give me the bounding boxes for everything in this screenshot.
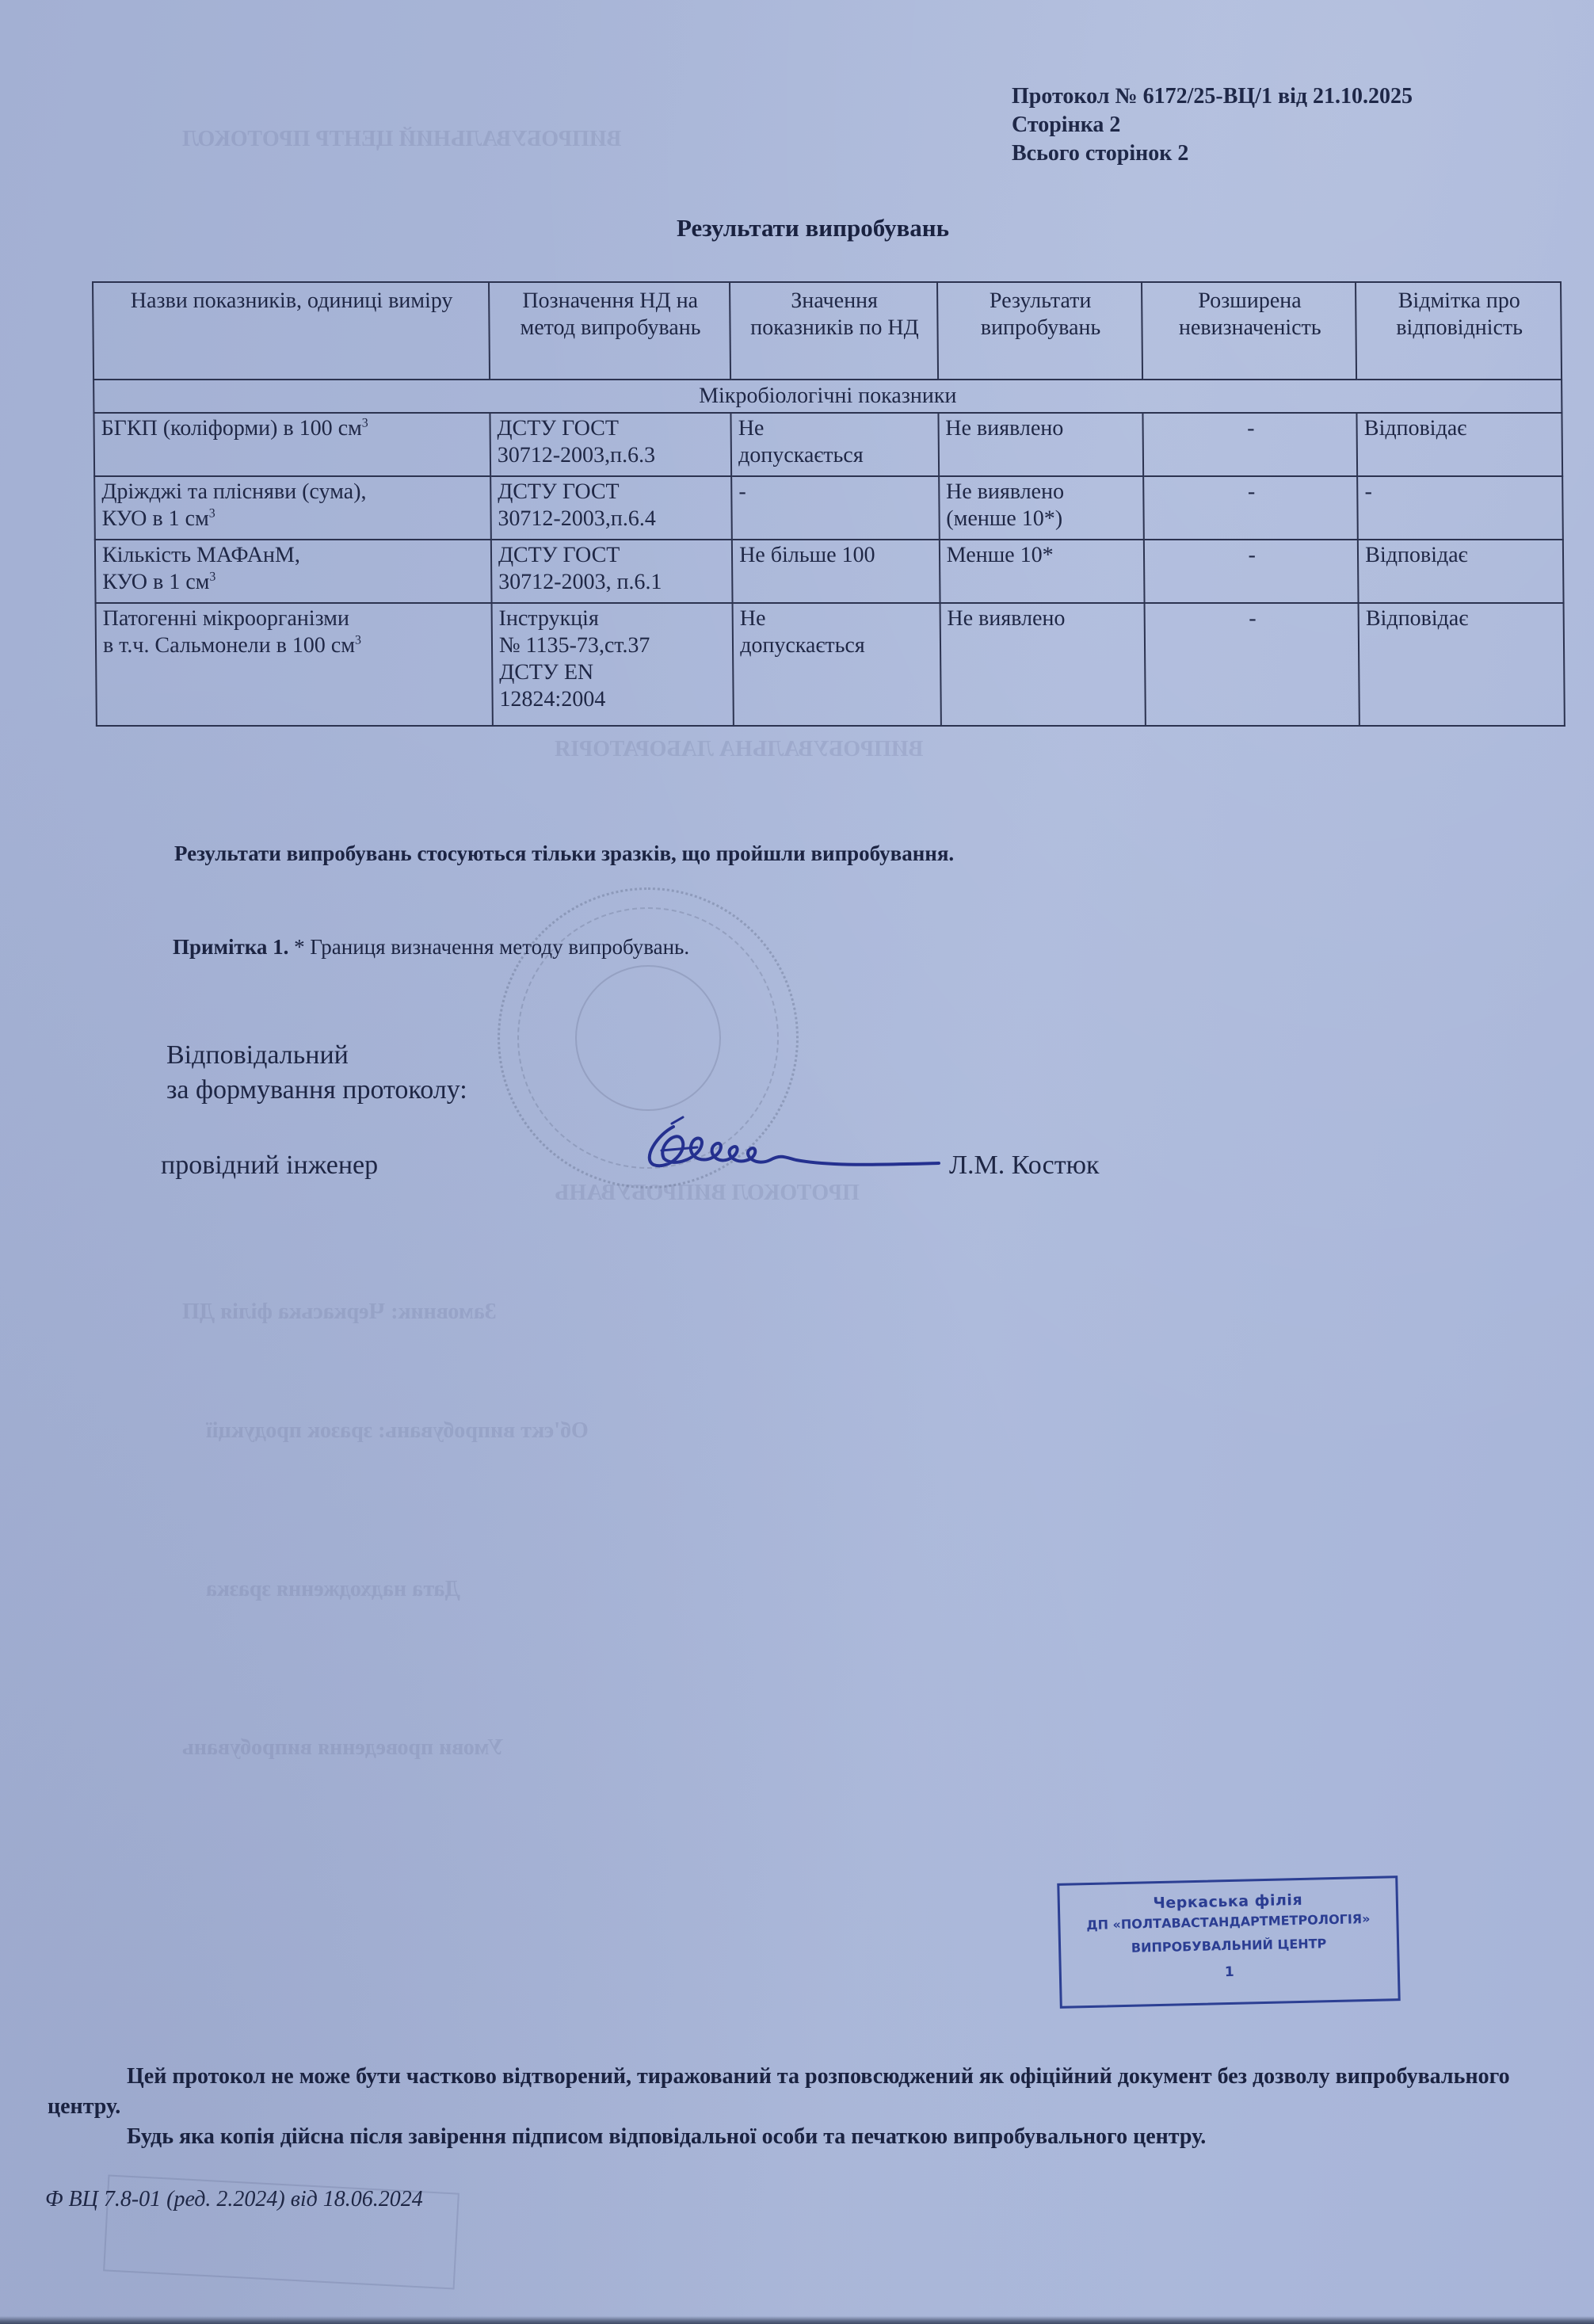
cell-method-line: 30712-2003, п.6.1 bbox=[498, 569, 727, 596]
results-scope-note: Результати випробувань стосуються тільки… bbox=[174, 841, 954, 866]
column-header-norm: Значення показників по НД bbox=[730, 282, 938, 380]
form-code: Ф ВЦ 7.8-01 (ред. 2.2024) від 18.06.2024 bbox=[45, 2187, 423, 2212]
bleed-through-text: Об'єкт випробувань: зразок продукції bbox=[206, 1418, 589, 1444]
responsible-line-1: Відповідальний bbox=[166, 1038, 467, 1073]
cell-method-line: 30712-2003,п.6.3 bbox=[498, 442, 726, 469]
cell-result-line: (менше 10*) bbox=[946, 506, 1138, 532]
total-pages: Всього сторінок 2 bbox=[1012, 139, 1413, 168]
cell-uncertainty: - bbox=[1143, 413, 1358, 476]
cell-conformity: Відповідає bbox=[1359, 603, 1565, 726]
cell-method-line: 30712-2003,п.6.4 bbox=[498, 506, 726, 532]
section-row: Мікробіологічні показники bbox=[93, 380, 1562, 413]
cell-norm-line: Не bbox=[740, 605, 935, 632]
cell-norm-line: допускається bbox=[740, 632, 935, 659]
cell-result: Не виявлено bbox=[940, 603, 1146, 726]
disclaimer-paragraph-1: Цей протокол не може бути частково відтв… bbox=[48, 2062, 1513, 2122]
engineer-name: Л.М. Костюк bbox=[949, 1151, 1100, 1181]
table-row: Патогенні мікроорганізмив т.ч. Сальмонел… bbox=[96, 603, 1565, 726]
bleed-through-text: Замовник: Черкаська філія ДП bbox=[182, 1299, 497, 1325]
cell-indicator-name: Дріжджі та плісняви (сума),КУО в 1 см3 bbox=[94, 476, 491, 540]
testing-center-stamp: Черкаська філія ДП «ПОЛТАВАСТАНДАРТМЕТРО… bbox=[1057, 1876, 1400, 2009]
cell-method-line: Інструкція bbox=[498, 605, 727, 632]
cell-result-line: Не виявлено bbox=[947, 605, 1139, 632]
engineer-role: провідний інженер bbox=[161, 1151, 378, 1181]
page-title: Результати випробувань bbox=[0, 214, 1594, 242]
indicator-name-line-2: КУО в 1 см3 bbox=[101, 506, 485, 532]
cell-result: Менше 10* bbox=[940, 540, 1145, 603]
cell-uncertainty: - bbox=[1143, 476, 1358, 540]
table-row: Кількість МАФАнМ,КУО в 1 см3ДСТУ ГОСТ307… bbox=[95, 540, 1564, 603]
column-header-uncertainty: Розширена невизначеність bbox=[1142, 282, 1356, 380]
cell-result: Не виявлено bbox=[938, 413, 1143, 476]
indicator-text: Дріжджі та плісняви (сума), bbox=[101, 479, 366, 504]
disclaimer: Цей протокол не може бути частково відтв… bbox=[48, 2062, 1513, 2152]
responsible-line-2: за формування протоколу: bbox=[166, 1073, 467, 1108]
signature-icon bbox=[626, 1103, 943, 1182]
table-header-row: Назви показників, одиниці виміру Позначе… bbox=[93, 282, 1562, 380]
protocol-number: Протокол № 6172/25-ВЦ/1 від 21.10.2025 bbox=[1012, 82, 1413, 111]
bleed-through-text: Умови проведення випробувань bbox=[182, 1735, 504, 1761]
section-title: Мікробіологічні показники bbox=[93, 380, 1562, 413]
bleed-through-text: ВИПРОБУВАЛЬНИЙ ЦЕНТР ПРОТОКОЛ bbox=[182, 127, 621, 152]
table-row: БГКП (коліформи) в 100 см3ДСТУ ГОСТ30712… bbox=[93, 413, 1562, 476]
unit-superscript: 3 bbox=[209, 507, 215, 521]
indicator-text: БГКП (коліформи) в 100 см bbox=[101, 416, 361, 441]
indicator-name-line-1: Кількість МАФАнМ, bbox=[102, 542, 486, 569]
page-number: Сторінка 2 bbox=[1012, 111, 1413, 139]
cell-norm-line: допускається bbox=[738, 442, 933, 469]
cell-norm: Не більше 100 bbox=[732, 540, 940, 603]
cell-indicator-name: БГКП (коліформи) в 100 см3 bbox=[93, 413, 490, 476]
cell-method: ДСТУ ГОСТ30712-2003, п.6.1 bbox=[491, 540, 733, 603]
unit-superscript: 3 bbox=[362, 417, 368, 430]
column-header-indicator: Назви показників, одиниці виміру bbox=[93, 282, 490, 380]
cell-method-line: ДСТУ ГОСТ bbox=[498, 479, 726, 506]
cell-indicator-name: Патогенні мікроорганізмив т.ч. Сальмонел… bbox=[96, 603, 493, 726]
cell-norm-line: Не bbox=[738, 415, 933, 442]
indicator-text: Патогенні мікроорганізми bbox=[103, 606, 350, 631]
column-header-conformity: Відмітка про відповідність bbox=[1356, 282, 1562, 380]
cell-method-line: ДСТУ EN bbox=[499, 659, 728, 686]
indicator-text: Кількість МАФАнМ, bbox=[102, 543, 300, 567]
bleed-through-text: ВИПРОБУВАЛЬНА ЛАБОРАТОРІЯ bbox=[555, 737, 923, 762]
cell-conformity: Відповідає bbox=[1358, 540, 1563, 603]
cell-method: ДСТУ ГОСТ30712-2003,п.6.4 bbox=[490, 476, 732, 540]
cell-method: ДСТУ ГОСТ30712-2003,п.6.3 bbox=[490, 413, 731, 476]
indicator-name-line-1: Дріжджі та плісняви (сума), bbox=[101, 479, 485, 506]
table-row: Дріжджі та плісняви (сума),КУО в 1 см3ДС… bbox=[94, 476, 1563, 540]
cell-norm-line: - bbox=[738, 479, 933, 506]
cell-result-line: Менше 10* bbox=[947, 542, 1139, 569]
indicator-name-line-2: КУО в 1 см3 bbox=[102, 569, 486, 596]
protocol-header: Протокол № 6172/25-ВЦ/1 від 21.10.2025 С… bbox=[1012, 82, 1413, 168]
results-table: Назви показників, одиниці виміру Позначе… bbox=[92, 281, 1565, 727]
cell-result-line: Не виявлено bbox=[946, 479, 1138, 506]
cell-uncertainty: - bbox=[1144, 540, 1359, 603]
cell-method: Інструкція№ 1135-73,ст.37ДСТУ EN12824:20… bbox=[491, 603, 734, 726]
column-header-method: Позначення НД на метод випробувань bbox=[489, 282, 730, 380]
cell-method-line: 12824:2004 bbox=[499, 686, 728, 713]
indicator-text: КУО в 1 см bbox=[101, 506, 208, 531]
indicator-text: КУО в 1 см bbox=[102, 570, 209, 594]
disclaimer-paragraph-2: Будь яка копія дійсна після завірення пі… bbox=[48, 2122, 1513, 2152]
bleed-through-text: Дата надходження зразка bbox=[206, 1577, 460, 1602]
cell-method-line: № 1135-73,ст.37 bbox=[499, 632, 728, 659]
indicator-name-line-1: Патогенні мікроорганізми bbox=[103, 605, 486, 632]
cell-indicator-name: Кількість МАФАнМ,КУО в 1 см3 bbox=[95, 540, 492, 603]
column-header-result: Результати випробувань bbox=[937, 282, 1143, 380]
responsible-label: Відповідальний за формування протоколу: bbox=[166, 1038, 467, 1108]
indicator-text: в т.ч. Сальмонели в 100 см bbox=[103, 633, 355, 658]
bleed-through-text: ПРОТОКОЛ ВИПРОБУВАНЬ bbox=[555, 1181, 860, 1206]
cell-norm: Недопускається bbox=[733, 603, 941, 726]
cell-result: Не виявлено(менше 10*) bbox=[939, 476, 1144, 540]
cell-method-line: ДСТУ ГОСТ bbox=[498, 542, 727, 569]
indicator-name-line-2: в т.ч. Сальмонели в 100 см3 bbox=[103, 632, 486, 659]
unit-superscript: 3 bbox=[209, 571, 215, 584]
paper-edge bbox=[0, 2316, 1594, 2324]
cell-result-line: Не виявлено bbox=[945, 415, 1138, 442]
cell-norm-line: Не більше 100 bbox=[739, 542, 934, 569]
footnote-label: Примітка 1. bbox=[173, 935, 288, 959]
cell-norm: - bbox=[731, 476, 939, 540]
cell-uncertainty: - bbox=[1145, 603, 1359, 726]
cell-norm: Недопускається bbox=[731, 413, 939, 476]
unit-superscript: 3 bbox=[355, 634, 361, 647]
indicator-name-line-1: БГКП (коліформи) в 100 см3 bbox=[101, 415, 484, 442]
cell-conformity: - bbox=[1357, 476, 1562, 540]
cell-conformity: Відповідає bbox=[1357, 413, 1562, 476]
cell-method-line: ДСТУ ГОСТ bbox=[497, 415, 726, 442]
